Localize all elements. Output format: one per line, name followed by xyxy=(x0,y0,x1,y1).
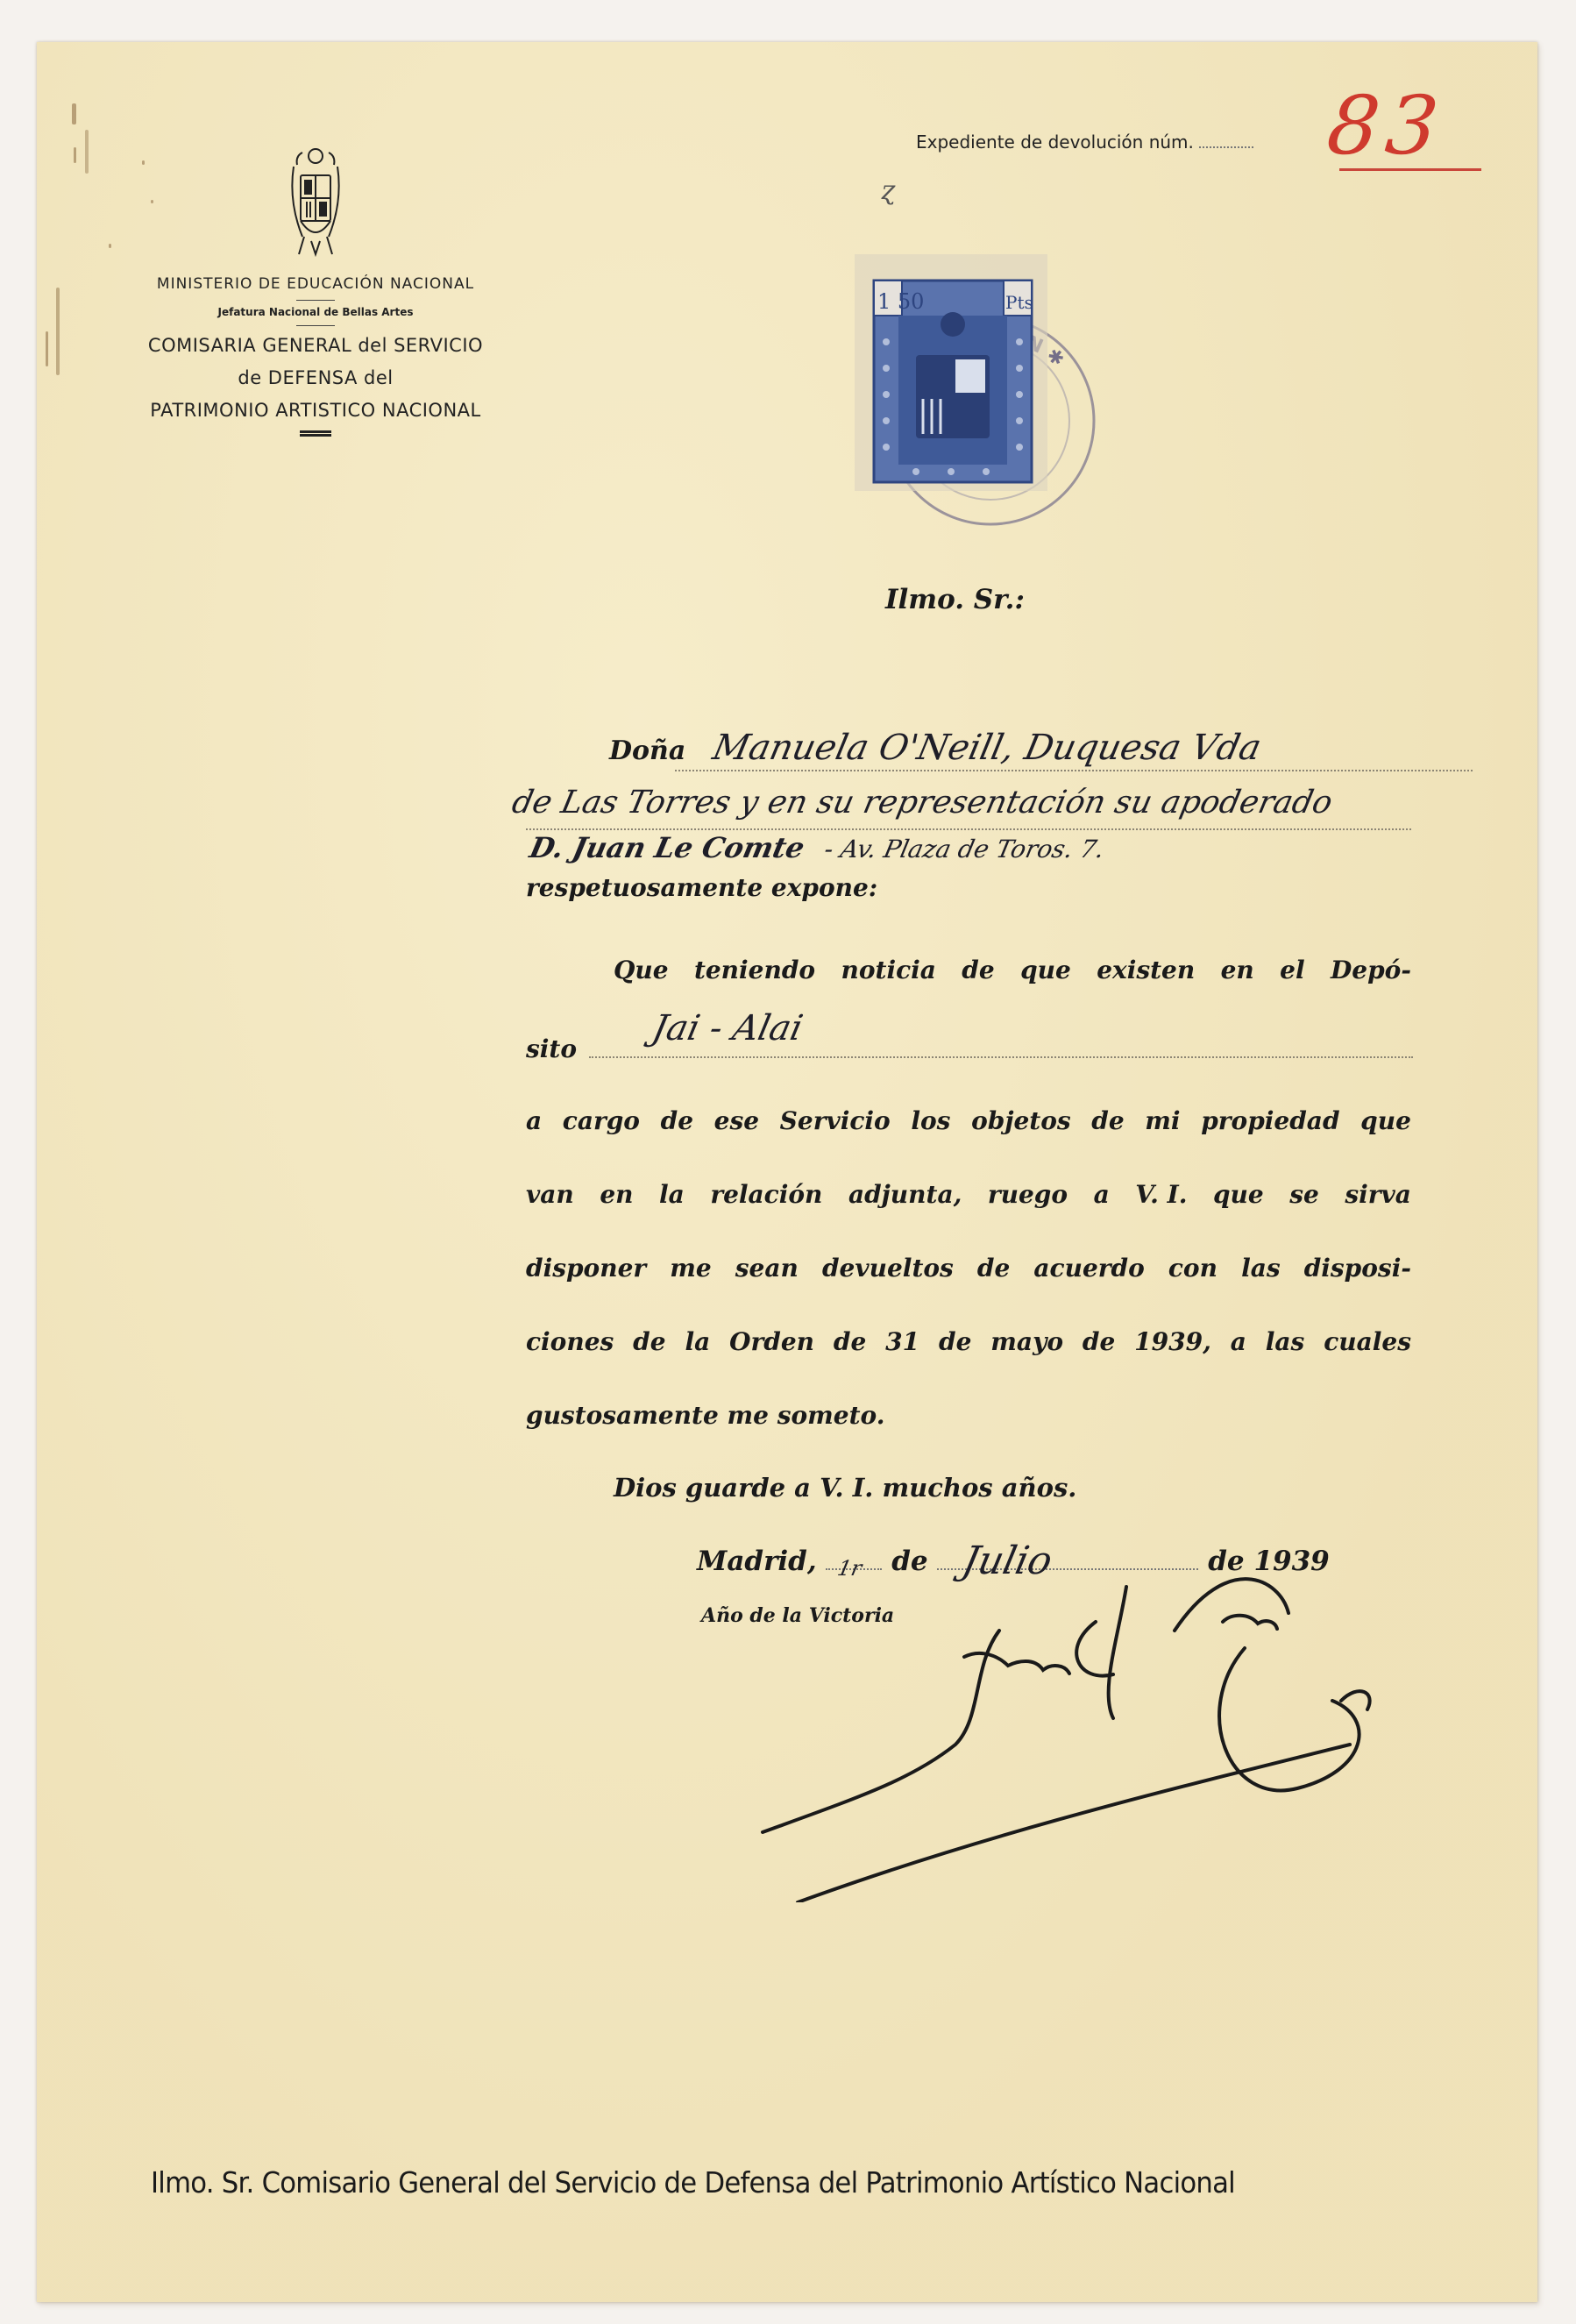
body-line-3: acargodeeseServiciolosobjetosdemipropied… xyxy=(526,1106,1411,1135)
body-line-5: disponermeseandevueltosdeacuerdoconlasdi… xyxy=(526,1254,1411,1283)
blessing: Dios guarde a V. I. muchos años. xyxy=(614,1473,1076,1503)
rust-mark xyxy=(109,244,111,248)
expone-line: respetuosamente expone: xyxy=(526,873,877,902)
body-line-7: gustosamente me someto. xyxy=(526,1401,884,1430)
coat-of-arms-icon xyxy=(285,140,346,263)
double-rule xyxy=(300,430,331,437)
expediente-label-row: Expediente de devolución núm. xyxy=(916,131,1253,153)
sito-label: sito xyxy=(526,1034,577,1063)
rust-mark xyxy=(74,147,76,163)
body-line-4: vanenlarelaciónadjunta,ruegoaV. I.queses… xyxy=(526,1180,1411,1209)
ministry-name: MINISTERIO DE EDUCACIÓN NACIONAL xyxy=(140,275,491,293)
fill-line xyxy=(526,828,1411,830)
svg-text:Juan Le Comte: Juan Le Comte xyxy=(1090,1642,1098,1645)
addressee-footer: Ilmo. Sr. Comisario General del Servicio… xyxy=(151,2165,1235,2200)
comisaria-line1: COMISARIA GENERAL del SERVICIO xyxy=(140,330,491,362)
rust-mark xyxy=(72,103,76,124)
petitioner-line-3: D. Juan Le Comte - Av. Plaza de Toros. 7… xyxy=(530,831,1104,864)
divider xyxy=(296,325,335,326)
svg-text:1 50: 1 50 xyxy=(877,289,924,314)
petitioner-prefix: Doña xyxy=(609,736,685,766)
expone-text: respetuosamente expone: xyxy=(526,873,877,902)
petitioner-title-handwritten: de Las Torres y en su representación su … xyxy=(509,785,1336,821)
comisaria-line3: PATRIMONIO ARTISTICO NACIONAL xyxy=(140,394,491,427)
rust-mark xyxy=(56,288,60,375)
petitioner-line-2: de Las Torres y en su representación su … xyxy=(513,785,1331,821)
dotted-leader xyxy=(1199,146,1253,148)
stamp-icon: 1 50 Pts xyxy=(855,254,1047,491)
salutation: Ilmo. Sr.: xyxy=(885,584,1025,615)
jefatura-name: Jefatura Nacional de Bellas Artes xyxy=(140,306,491,318)
deposit-name-handwritten: Jai - Alai xyxy=(649,1008,806,1048)
pencil-mark: ɀ xyxy=(881,175,895,206)
petitioner-line-1: Doña Manuela O'Neill, Duquesa Vda xyxy=(609,728,1260,768)
rust-mark xyxy=(85,130,89,174)
letterhead: MINISTERIO DE EDUCACIÓN NACIONAL Jefatur… xyxy=(140,140,491,437)
address-handwritten: - Av. Plaza de Toros. 7. xyxy=(822,835,1107,864)
petitioner-name-handwritten: Manuela O'Neill, Duquesa Vda xyxy=(709,728,1265,768)
divider xyxy=(296,300,335,301)
expediente-number: 83 xyxy=(1323,79,1449,173)
body-line-6: cionesdelaOrdende31demayode1939,alascual… xyxy=(526,1327,1411,1356)
comisaria-line2: de DEFENSA del xyxy=(140,362,491,394)
expediente-label: Expediente de devolución núm. xyxy=(916,131,1194,153)
representative-name-handwritten: D. Juan Le Comte xyxy=(527,831,807,864)
signature: Juan Le Comte xyxy=(684,1569,1473,1902)
svg-text:Pts: Pts xyxy=(1005,292,1033,313)
rust-mark xyxy=(46,331,48,366)
red-underline xyxy=(1339,168,1481,171)
body-line-1: QueteniendonoticiadequeexistenenelDepó- xyxy=(614,956,1411,984)
deposit-fill-line xyxy=(589,1056,1413,1058)
fill-line xyxy=(675,770,1473,771)
fiscal-stamp: 1 50 Pts xyxy=(855,254,1047,491)
